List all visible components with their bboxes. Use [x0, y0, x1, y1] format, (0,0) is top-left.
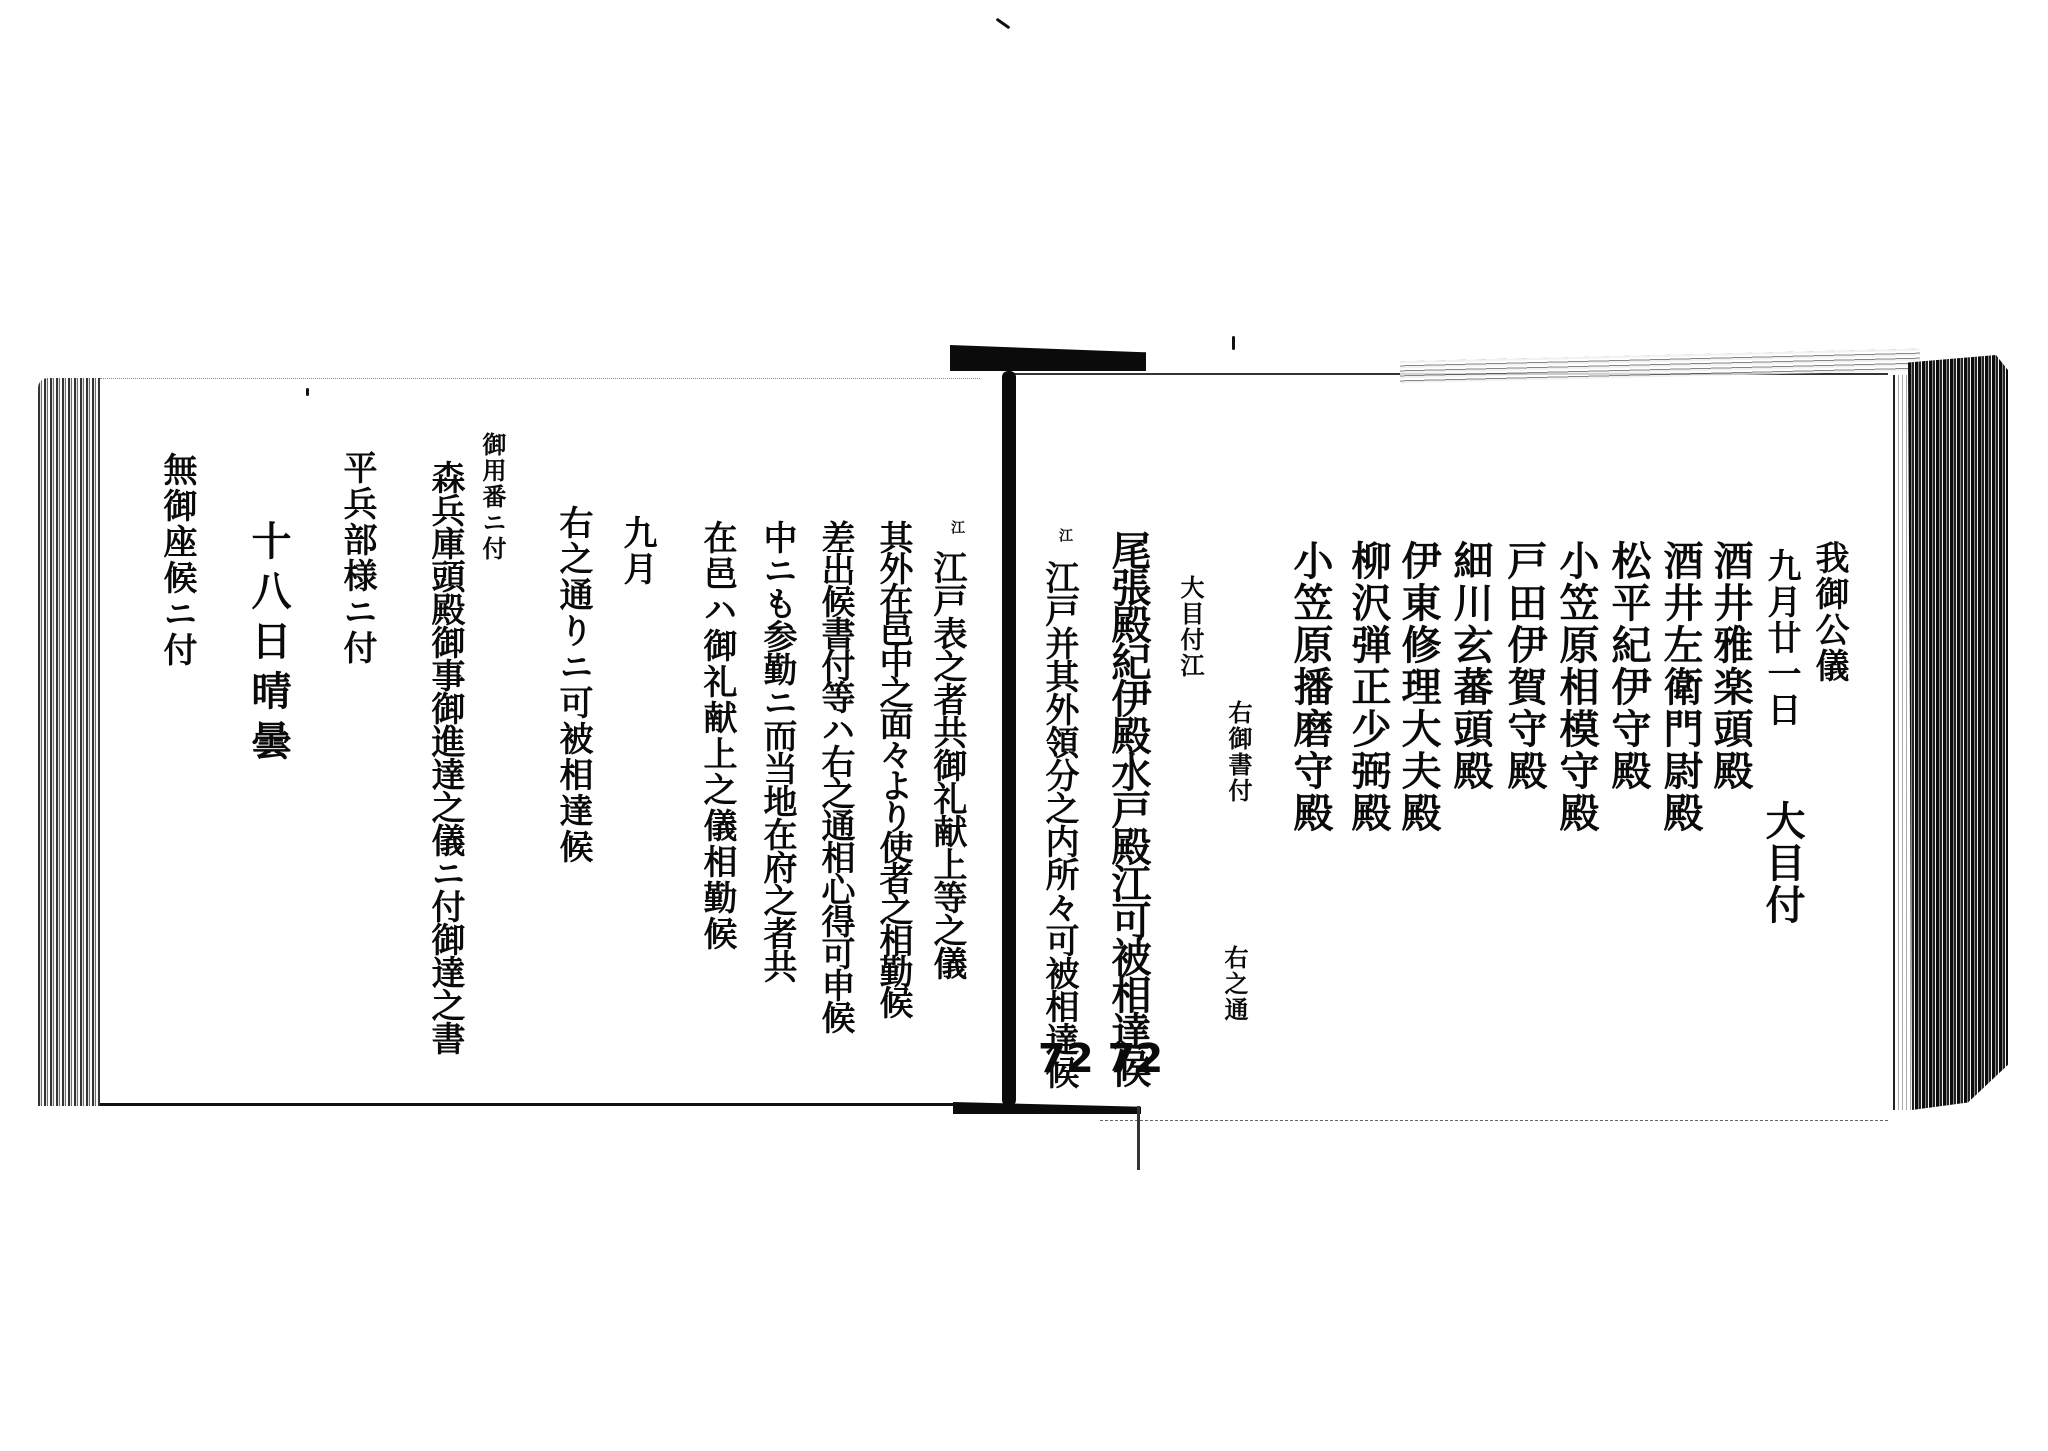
text-column-date: 九月 [620, 515, 654, 587]
manuscript-scan: 我御公儀 九月廿一日 大目付 酒井雅楽頭殿 酒井左衛門尉殿 松平紀伊守殿 小笠原… [0, 0, 2048, 1451]
text-column: 酒井左衛門尉殿 [1660, 540, 1700, 834]
text-column-note: 江 [1058, 528, 1072, 544]
text-column: 柳沢弾正少弼殿 [1348, 540, 1388, 834]
text-column: 差出候書付等ハ右之通相心得可申候 [818, 520, 852, 1032]
text-column: 平兵部様ニ付 [340, 450, 374, 666]
text-column: 大目付江 [1178, 575, 1202, 679]
binding-bottom-tail [1137, 1106, 1140, 1170]
stray-mark [306, 388, 309, 396]
text-column: 松平紀伊守殿 [1608, 540, 1648, 792]
text-column: 御用番ニ付 [480, 432, 504, 562]
text-column: 右御書付 [1226, 700, 1250, 804]
text-column: 右之通 [1222, 945, 1246, 1023]
binding-top-cap [950, 345, 1146, 371]
stray-mark [1232, 336, 1235, 350]
text-column: 江戸并其外領分之内所々可被相達候 [1042, 560, 1076, 1088]
text-column: 其外在邑中之面々より使者之相勤候 [876, 520, 910, 1016]
text-column: 伊東修理大夫殿 [1398, 540, 1438, 834]
text-column: 右之通りニ可被相達候 [556, 505, 590, 865]
text-column: 中ニも参勤ニ而当地在府之者共 [760, 520, 794, 982]
text-column: 小笠原相模守殿 [1556, 540, 1596, 834]
text-column: 無御座候ニ付 [160, 452, 194, 668]
text-column: 戸田伊賀守殿 [1504, 540, 1544, 792]
text-column: 森兵庫頭殿御事御進達之儀ニ付御達之書 [428, 460, 462, 1054]
text-column-date: 十八日晴曇 [248, 520, 288, 770]
right-book-edge [1908, 355, 2008, 1110]
text-column-date: 九月廿一日 [1764, 548, 1798, 728]
text-column-note: 江 [950, 520, 964, 536]
binding-spine [1002, 371, 1016, 1106]
text-column: 酒井雅楽頭殿 [1710, 540, 1750, 792]
text-column: 江戸表之者共御礼献上等之儀 [930, 550, 964, 979]
left-book-edge [38, 378, 100, 1106]
text-column-addressee: 大目付 [1762, 800, 1802, 926]
stray-mark [996, 18, 1011, 30]
text-column: 我御公儀 [1812, 540, 1846, 684]
text-column: 小笠原播磨守殿 [1290, 540, 1330, 834]
text-column: 細川玄蕃頭殿 [1450, 540, 1490, 792]
text-column: 尾張殿紀伊殿水戸殿江可被相達候 [1108, 530, 1148, 1085]
text-column: 在邑ハ御礼献上之儀相勤候 [700, 520, 734, 952]
margin-mark: 72 72 [1038, 1036, 1163, 1082]
